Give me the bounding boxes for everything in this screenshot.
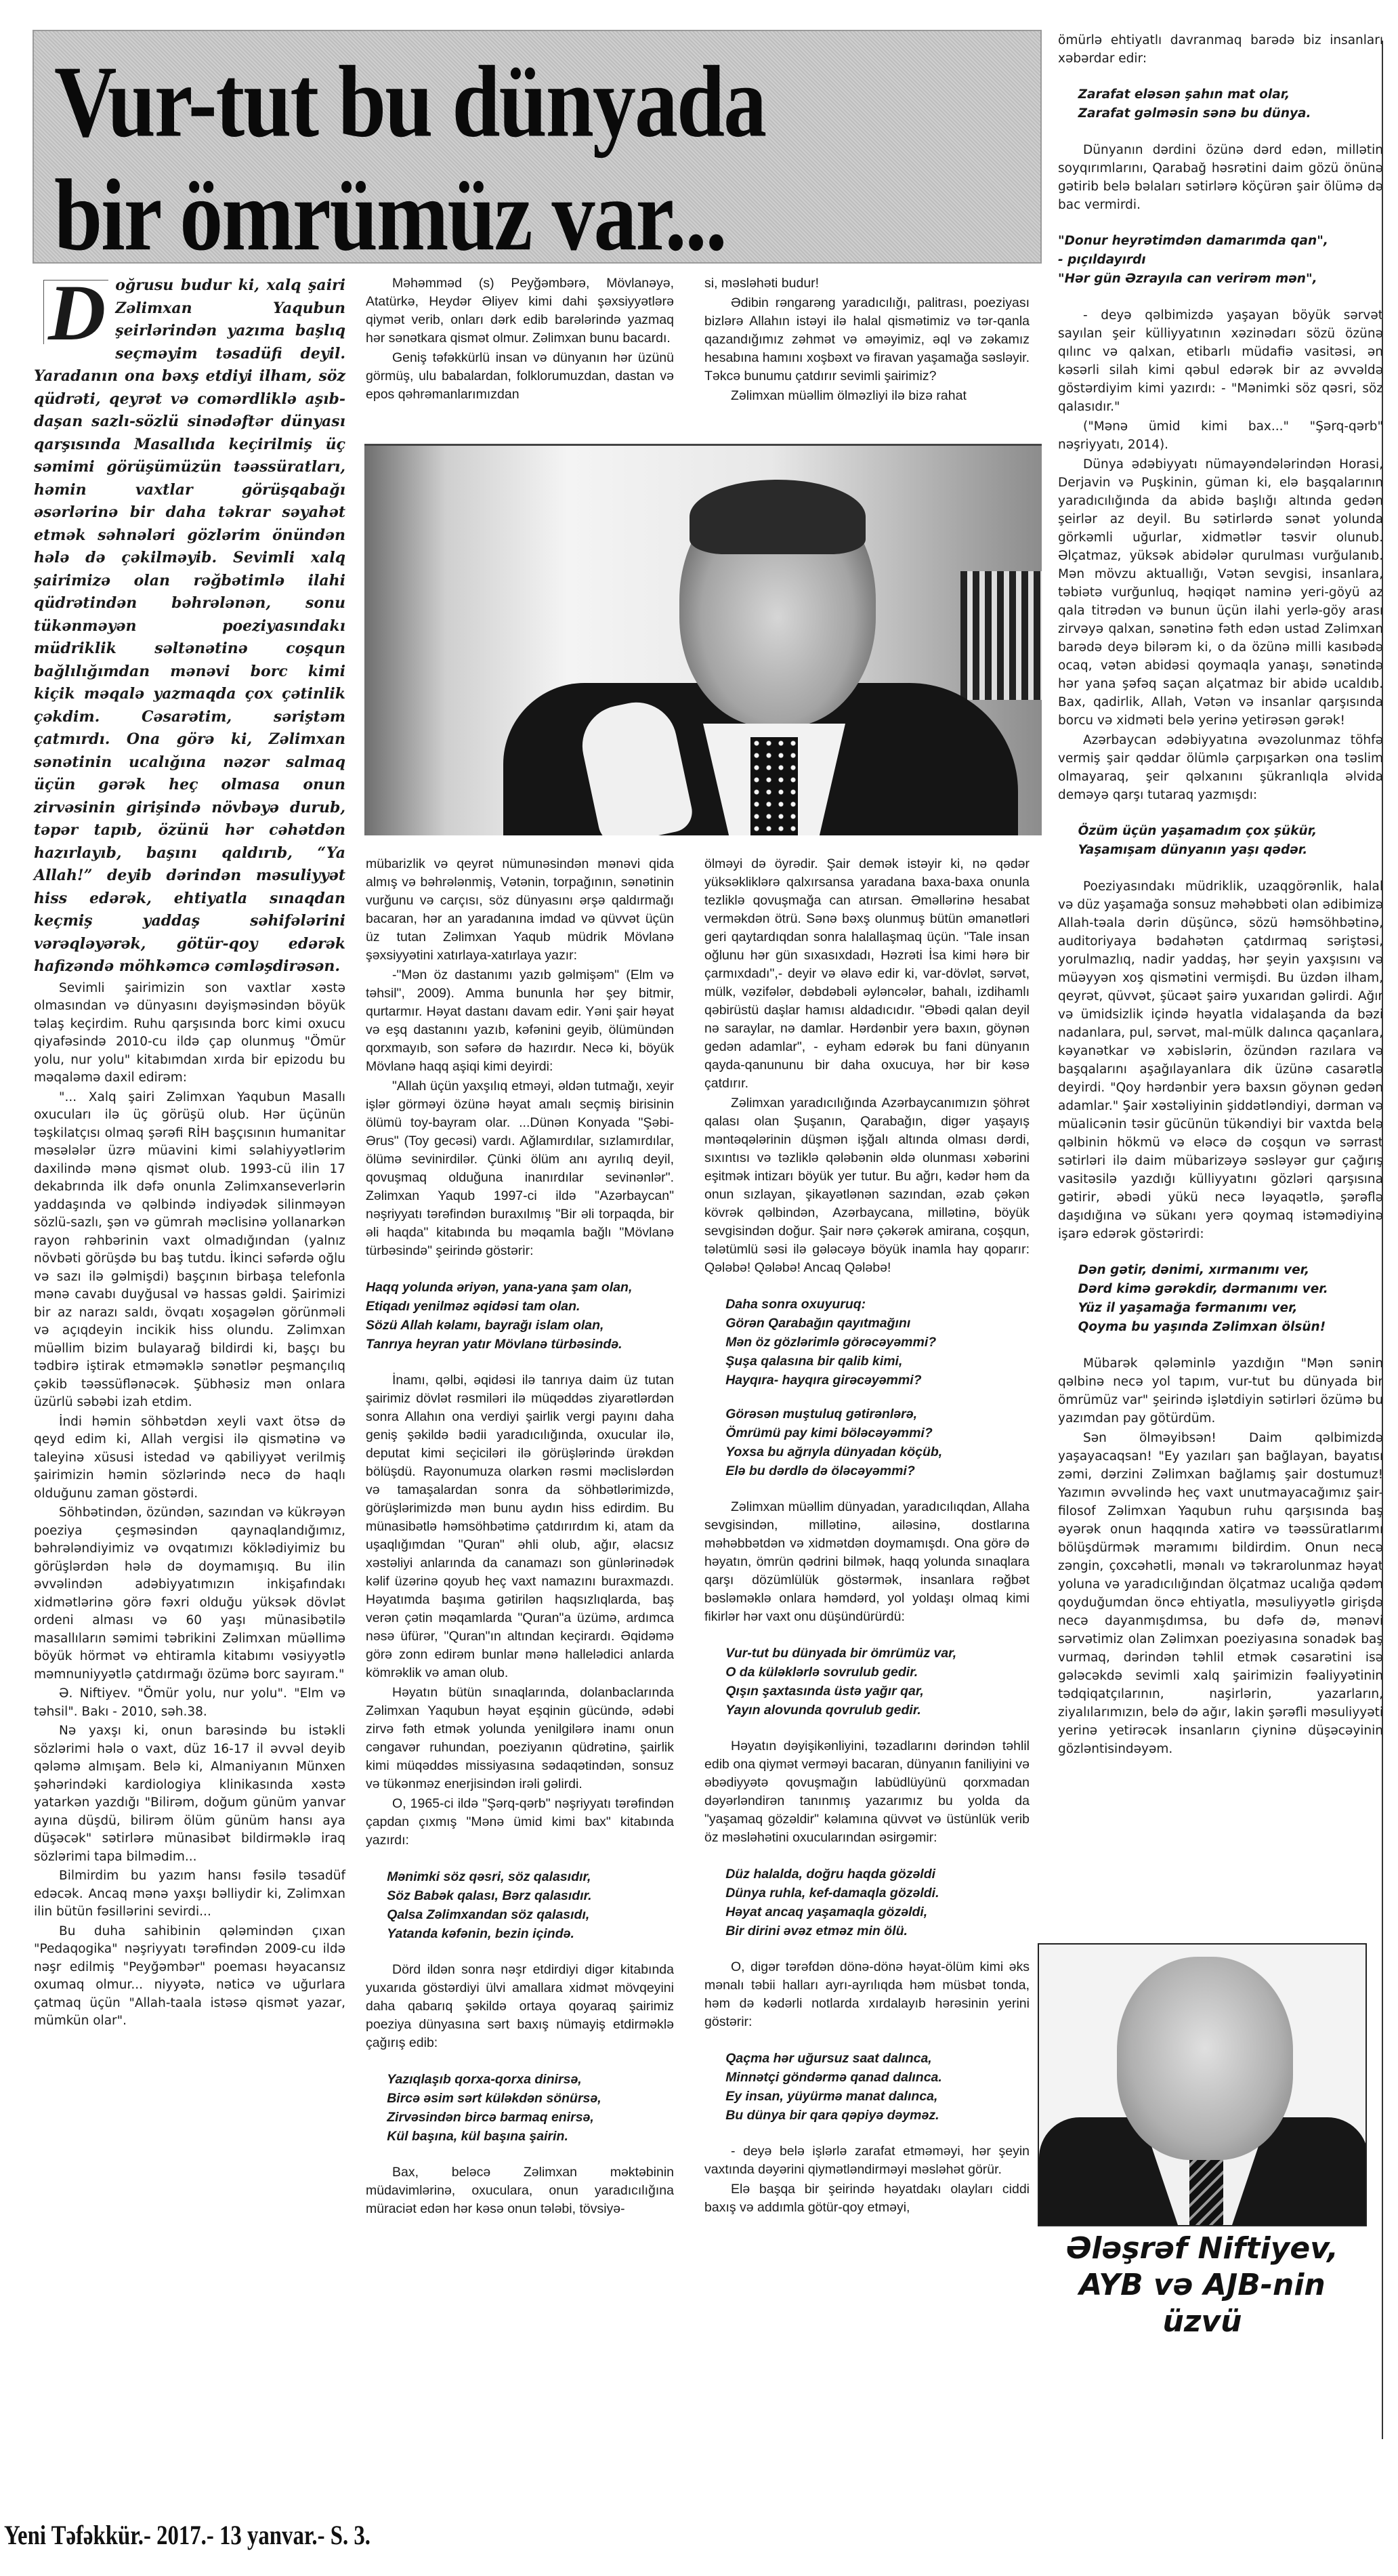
body-paragraph: ölməyi də öyrədir. Şair demək istəyir ki… [704, 855, 1030, 1093]
body-paragraph: O, 1965-ci ildə "Şərq-qərb" nəşriyyatı t… [366, 1795, 674, 1850]
photo-tie-shape [750, 737, 798, 835]
poem-block: Zarafat eləsən şahın mat olar, Zarafat g… [1078, 85, 1383, 123]
source-citation: Yeni Təfəkkür.- 2017.- 13 yanvar.- S. 3. [4, 2519, 370, 2551]
poem-line: Zarafat gəlməsin sənə bu dünya. [1078, 104, 1383, 123]
body-paragraph: Zəlimxan müəllim ölməzliyi ilə bizə raha… [704, 387, 1030, 405]
body-paragraph: Dünya ədəbiyyatı nümayəndələrindən Horas… [1058, 455, 1383, 730]
body-paragraph: mübarizlik və qeyrət nümunəsindən mənəvi… [366, 855, 674, 965]
article-headline: Vur-tut bu dünyada bir ömrümüz var... [54, 45, 1034, 264]
body-paragraph: Mübarək qələminlə yazdığın "Mən sənin qə… [1058, 1354, 1383, 1428]
poem-line: Görən Qarabağın qayıtmağını [725, 1314, 1030, 1333]
poem-line: Şuşa qalasına bir qalib kimi, [725, 1352, 1030, 1371]
poem-line: Ömrümü pay kimi böləcəyəmmi? [725, 1424, 1030, 1442]
column-1: Doğrusu budur ki, xalq şairi Zəlimxan Ya… [34, 274, 345, 2032]
poem-line: Zarafat eləsən şahın mat olar, [1078, 85, 1383, 104]
poem-block: "Donur heyrətimdən damarımda qan", - pıç… [1058, 232, 1383, 289]
body-paragraph: Sevimli şairimizin son vaxtlar xəstə olm… [34, 980, 345, 1087]
body-paragraph: Elə başqa bir şeirində həyatdakı olaylar… [704, 2180, 1030, 2217]
poet-photo [364, 444, 1042, 835]
poem-line: Düz halalda, doğru haqda gözəldi [725, 1865, 1030, 1884]
body-paragraph: Dünyanın dərdini özünə dərd edən, millət… [1058, 141, 1383, 214]
poem-line: Mən öz gözlərimlə görəcəyəmmi? [725, 1333, 1030, 1352]
body-paragraph: İnamı, qəlbi, əqidəsi ilə tanrıya daim ü… [366, 1371, 674, 1682]
poem-line: Bircə əsim sərt küləkdən sönürsə, [387, 2089, 674, 2108]
poem-block: Dən gətir, dənimi, xırmanımı ver, Dərd k… [1078, 1261, 1383, 1337]
column-2-top: Məhəmməd (s) Peyğəmbərə, Mövlanəyə, Atat… [366, 274, 674, 405]
body-paragraph: Azərbaycan ədəbiyyatına əvəzolunmaz töhf… [1058, 731, 1383, 804]
poem-block: Düz halalda, doğru haqda gözəldi Dünya r… [725, 1865, 1030, 1940]
poem-line: Minnətçi göndərmə qanad dalınca. [725, 2068, 1030, 2087]
photo-hair-shape [690, 480, 866, 554]
headline-line-2: bir ömrümüz var... [54, 159, 726, 264]
poem-line: Bir dirini əvəz etməz min ölü. [725, 1921, 1030, 1940]
poem-block: Mənimki söz qəsri, söz qalasıdır, Söz Ba… [387, 1867, 674, 1943]
poem-block: Haqq yolunda əriyən, yana-yana şam olan,… [366, 1278, 674, 1354]
portrait-face-shape [1117, 1957, 1293, 2160]
poem-line: Qışın şaxtasında üstə yağır qar, [725, 1682, 1030, 1701]
poem-block: Yazıqlaşıb qorxa-qorxa dinirsə, Bircə əs… [387, 2070, 674, 2146]
body-paragraph: Poeziyasındakı müdriklik, uzaqgörənlik, … [1058, 877, 1383, 1243]
poem-line: Yoxsa bu ağrıyla dünyadan köçüb, [725, 1442, 1030, 1461]
poem-line: Zirvəsindən bircə barmaq enirsə, [387, 2108, 674, 2127]
poem-line: Dən gətir, dənimi, xırmanımı ver, [1078, 1261, 1383, 1280]
poem-line: Vur-tut bu dünyada bir ömrümüz var, [725, 1644, 1030, 1663]
poem-line: Söz Babək qalası, Bərz qalasıdır. [387, 1886, 674, 1905]
book-citation: ("Mənə ümid kimi bax..." "Şərq-qərb" nəş… [1058, 417, 1383, 454]
poem-block: Özüm üçün yaşamadım çox şükür, Yaşamışam… [1078, 822, 1383, 860]
poem-block: Vur-tut bu dünyada bir ömrümüz var, O da… [725, 1644, 1030, 1720]
poem-line: Qoyma bu yaşında Zəlimxan ölsün! [1078, 1318, 1383, 1337]
poem-line: Yaşamışam dünyanın yaşı qədər. [1078, 841, 1383, 860]
poem-line: Yayın alovunda qovrulub gedir. [725, 1701, 1030, 1720]
poem-line: O da küləklərlə sovrulub gedir. [725, 1663, 1030, 1682]
poem-line: Yatanda kəfənin, bezin içində. [387, 1924, 674, 1943]
body-paragraph: Zəlimxan müəllim dünyadan, yaradıcılıqda… [704, 1498, 1030, 1626]
poem-line: Elə bu dərdlə də öləcəyəmmi? [725, 1461, 1030, 1480]
column-3: ölməyi də öyrədir. Şair demək istəyir ki… [704, 855, 1030, 2218]
poem-line: Ey insan, yüyürmə manat dalınca, [725, 2087, 1030, 2106]
body-paragraph: - deyə belə işlərlə zarafat etməməyi, hə… [704, 2142, 1030, 2179]
poem-line: Dərd kimə gərəkdir, dərmanımı ver. [1078, 1280, 1383, 1299]
lead-paragraph: Doğrusu budur ki, xalq şairi Zəlimxan Ya… [34, 274, 345, 978]
body-paragraph: Bu duha sahibinin qələmindən çıxan "Peda… [34, 1923, 345, 2031]
body-paragraph: O, digər tərəfdən dönə-dönə həyat-ölüm k… [704, 1958, 1030, 2031]
poem-line: "Donur heyrətimdən damarımda qan", [1058, 232, 1383, 251]
poem-line [725, 1390, 1030, 1405]
poem-block: Daha sonra oxuyuruq: Görən Qarabağın qay… [725, 1295, 1030, 1480]
poem-line: Sözü Allah kəlamı, bayrağı islam olan, [366, 1316, 674, 1335]
photo-lamp-shape [960, 571, 1042, 700]
poem-line: Daha sonra oxuyuruq: [725, 1295, 1030, 1314]
poem-line: Görəsən muştuluq gətirənlərə, [725, 1405, 1030, 1424]
body-paragraph: Həyatın dəyişikənliyini, təzadlarını dər… [704, 1737, 1030, 1847]
body-paragraph: Bax, beləcə Zəlimxan məktəbinin müdaviml… [366, 2163, 674, 2218]
body-paragraph: "Allah üçün yaxşılıq etməyi, əldən tutma… [366, 1077, 674, 1260]
body-paragraph: Məhəmməd (s) Peyğəmbərə, Mövlanəyə, Atat… [366, 274, 674, 348]
poem-line: Qaçma hər uğursuz saat dalınca, [725, 2049, 1030, 2068]
book-citation: Ə. Niftiyev. "Ömür yolu, nur yolu". "Elm… [34, 1685, 345, 1721]
body-paragraph: Nə yaxşı ki, onun barəsində bu istəkli s… [34, 1722, 345, 1866]
poem-line: Yüz il yaşamağa fərmanımı ver, [1078, 1299, 1383, 1318]
column-2: mübarizlik və qeyrət nümunəsindən mənəvi… [366, 855, 674, 2220]
poem-line: Kül başına, kül başına şairin. [387, 2127, 674, 2146]
author-caption: Ələşrəf Niftiyev, AYB və AJB-nin üzvü [1038, 2230, 1367, 2340]
poem-line: - pıçıldayırdı [1058, 251, 1383, 270]
poem-line: Etiqadı yenilməz əqidəsi tam olan. [366, 1297, 674, 1316]
poem-line: Həyat ancaq yaşamaqla gözəldi, [725, 1903, 1030, 1921]
body-paragraph: -"Mən öz dastanımı yazıb gəlmişəm" (Elm … [366, 966, 674, 1076]
poem-line: Hayqıra- hayqıra girəcəyəmmi? [725, 1371, 1030, 1390]
body-paragraph: Dörd ildən sonra nəşr etdirdiyi digər ki… [366, 1961, 674, 2052]
poem-line: Bu dünya bir qara qəpiyə dəyməz. [725, 2106, 1030, 2125]
body-paragraph: Ədibin rəngarəng yaradıcılığı, palitrası… [704, 294, 1030, 386]
body-paragraph: Geniş təfəkkürlü insan və dünyanın hər ü… [366, 349, 674, 404]
headline-line-1: Vur-tut bu dünyada [54, 45, 765, 159]
body-paragraph: Həyatın bütün sınaqlarında, dolanbacları… [366, 1684, 674, 1793]
column-4: ömürlə ehtiyatlı davranmaq barədə biz in… [1058, 31, 1383, 1760]
author-affiliation: AYB və AJB-nin üzvü [1038, 2267, 1367, 2340]
body-paragraph: Söhbətindən, özündən, sazından və kükrəy… [34, 1504, 345, 1684]
body-paragraph: Sən ölməyibsən! Daim qəlbimizdə yaşayaca… [1058, 1429, 1383, 1758]
body-paragraph: "... Xalq şairi Zəlimxan Yaqubun Masallı… [34, 1089, 345, 1412]
column-3-top: si, məsləhəti budur! Ədibin rəngarəng ya… [704, 274, 1030, 407]
poem-line: Haqq yolunda əriyən, yana-yana şam olan, [366, 1278, 674, 1297]
column-rule [1382, 41, 1383, 2439]
body-paragraph: İndi həmin söhbətdən xeyli vaxt ötsə də … [34, 1413, 345, 1503]
body-paragraph: - deyə qəlbimizdə yaşayan böyük sərvət s… [1058, 306, 1383, 416]
author-name: Ələşrəf Niftiyev, [1038, 2230, 1367, 2267]
poem-line: Tanrıya heyran yatır Mövlanə türbəsində. [366, 1335, 674, 1354]
poem-block: Qaçma hər uğursuz saat dalınca, Minnətçi… [725, 2049, 1030, 2125]
lead-text: oğrusu budur ki, xalq şairi Zəlimxan Yaq… [34, 276, 345, 975]
poem-line: Özüm üçün yaşamadım çox şükür, [1078, 822, 1383, 841]
poem-line: Yazıqlaşıb qorxa-qorxa dinirsə, [387, 2070, 674, 2089]
headline-banner: Vur-tut bu dünyada bir ömrümüz var... [33, 30, 1042, 264]
body-paragraph: ömürlə ehtiyatlı davranmaq barədə biz in… [1058, 31, 1383, 68]
poem-line: "Hər gün Əzrayıla can verirəm mən", [1058, 270, 1383, 289]
poem-line: Dünya ruhla, kef-damaqla gözəldi. [725, 1884, 1030, 1903]
author-portrait [1038, 1943, 1367, 2226]
poem-line: Qalsa Zəlimxandan söz qalasıdı, [387, 1905, 674, 1924]
body-paragraph: Bilmirdim bu yazım hansı fəsilə təsadüf … [34, 1867, 345, 1921]
poem-line: Mənimki söz qəsri, söz qalasıdır, [387, 1867, 674, 1886]
drop-cap: D [43, 280, 108, 344]
body-paragraph: Zəlimxan yaradıcılığında Azərbaycanımızı… [704, 1094, 1030, 1277]
body-paragraph: si, məsləhəti budur! [704, 274, 1030, 293]
